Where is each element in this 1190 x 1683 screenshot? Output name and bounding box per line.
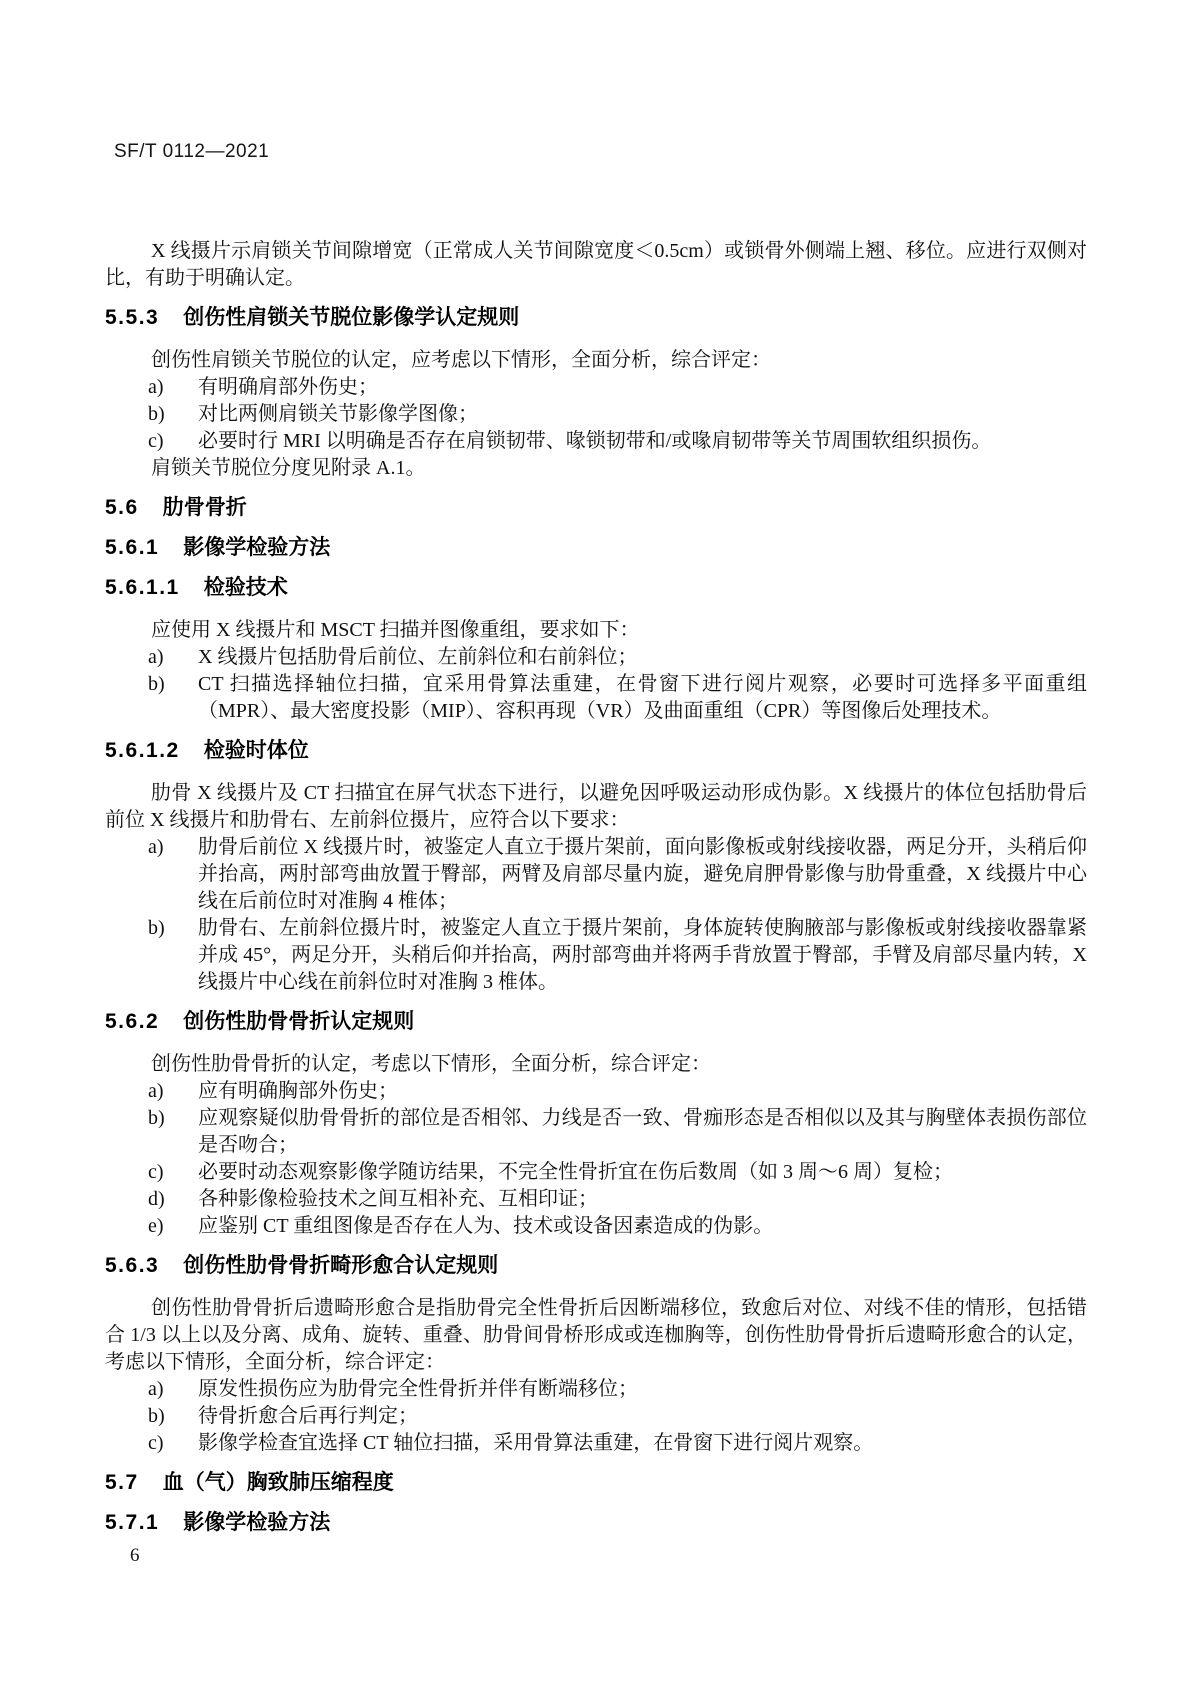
section-heading-5-6-1-1: 5.6.1.1检验技术 xyxy=(105,577,1087,599)
list-item: a)应有明确胸部外伤史； xyxy=(105,1078,1087,1105)
heading-number: 5.6.3 xyxy=(105,1254,159,1277)
list-marker: b) xyxy=(148,1105,165,1132)
heading-title: 创伤性肋骨骨折畸形愈合认定规则 xyxy=(183,1254,498,1277)
lettered-list: a)肋骨后前位 X 线摄片时，被鉴定人直立于摄片架前，面向影像板或射线接收器，两… xyxy=(105,834,1087,996)
heading-number: 5.6 xyxy=(105,496,139,519)
intro-paragraph: X 线摄片示肩锁关节间隙增宽（正常成人关节间隙宽度＜0.5cm）或锁骨外侧端上翘… xyxy=(105,238,1087,292)
list-item-text: 应有明确胸部外伤史； xyxy=(198,1080,398,1102)
lettered-list: a)有明确肩部外伤史； b)对比两侧肩锁关节影像学图像； c)必要时行 MRI … xyxy=(105,374,1087,455)
list-marker: a) xyxy=(148,644,164,671)
list-item-text: 必要时动态观察影像学随访结果，不完全性骨折宜在伤后数周（如 3 周～6 周）复检… xyxy=(198,1161,953,1183)
list-item-text: 影像学检查宜选择 CT 轴位扫描，采用骨算法重建，在骨窗下进行阅片观察。 xyxy=(198,1432,873,1454)
list-item-text: 待骨折愈合后再行判定； xyxy=(198,1405,418,1427)
list-marker: b) xyxy=(148,671,165,698)
list-marker: a) xyxy=(148,1078,164,1105)
heading-number: 5.6.1 xyxy=(105,536,159,559)
list-item: c)必要时行 MRI 以明确是否存在肩锁韧带、喙锁韧带和/或喙肩韧带等关节周围软… xyxy=(105,428,1087,455)
page-number: 6 xyxy=(130,1545,140,1567)
list-item-text: 肋骨后前位 X 线摄片时，被鉴定人直立于摄片架前，面向影像板或射线接收器，两足分… xyxy=(198,836,1087,912)
list-marker: e) xyxy=(148,1213,164,1240)
list-item: b)CT 扫描选择轴位扫描，宜采用骨算法重建，在骨窗下进行阅片观察，必要时可选择… xyxy=(105,671,1087,725)
heading-title: 血（气）胸致肺压缩程度 xyxy=(163,1471,394,1494)
section-heading-5-6-3: 5.6.3创伤性肋骨骨折畸形愈合认定规则 xyxy=(105,1255,1087,1277)
paragraph: 肋骨 X 线摄片及 CT 扫描宜在屏气状态下进行，以避免因呼吸运动形成伪影。X … xyxy=(105,780,1087,834)
list-marker: b) xyxy=(148,1403,165,1430)
standard-code-header: SF/T 0112—2021 xyxy=(114,141,269,163)
list-marker: a) xyxy=(148,834,164,861)
list-marker: c) xyxy=(148,428,164,455)
heading-title: 影像学检验方法 xyxy=(183,1511,330,1534)
section-heading-5-7: 5.7血（气）胸致肺压缩程度 xyxy=(105,1472,1087,1494)
lettered-list: a)原发性损伤应为肋骨完全性骨折并伴有断端移位； b)待骨折愈合后再行判定； c… xyxy=(105,1376,1087,1457)
paragraph: 创伤性肩锁关节脱位的认定，应考虑以下情形，全面分析，综合评定： xyxy=(105,347,1087,374)
section-heading-5-6-1-2: 5.6.1.2检验时体位 xyxy=(105,740,1087,762)
heading-number: 5.6.2 xyxy=(105,1010,159,1033)
list-item: b)对比两侧肩锁关节影像学图像； xyxy=(105,401,1087,428)
section-heading-5-5-3: 5.5.3创伤性肩锁关节脱位影像学认定规则 xyxy=(105,307,1087,329)
list-item-text: 各种影像检验技术之间互相补充、互相印证； xyxy=(198,1188,598,1210)
heading-number: 5.7.1 xyxy=(105,1511,159,1534)
section-heading-5-6: 5.6肋骨骨折 xyxy=(105,497,1087,519)
heading-title: 创伤性肩锁关节脱位影像学认定规则 xyxy=(183,306,519,329)
heading-title: 检验时体位 xyxy=(204,739,309,762)
heading-title: 创伤性肋骨骨折认定规则 xyxy=(183,1010,414,1033)
list-item-text: 肋骨右、左前斜位摄片时，被鉴定人直立于摄片架前，身体旋转使胸腋部与影像板或射线接… xyxy=(198,917,1087,993)
list-item: a)有明确肩部外伤史； xyxy=(105,374,1087,401)
list-item: c)影像学检查宜选择 CT 轴位扫描，采用骨算法重建，在骨窗下进行阅片观察。 xyxy=(105,1430,1087,1457)
list-item: a)原发性损伤应为肋骨完全性骨折并伴有断端移位； xyxy=(105,1376,1087,1403)
heading-number: 5.7 xyxy=(105,1471,139,1494)
paragraph: 肩锁关节脱位分度见附录 A.1。 xyxy=(105,455,1087,482)
list-item-text: 应观察疑似肋骨骨折的部位是否相邻、力线是否一致、骨痂形态是否相似以及其与胸壁体表… xyxy=(198,1107,1087,1156)
list-marker: a) xyxy=(148,1376,164,1403)
list-item: e)应鉴别 CT 重组图像是否存在人为、技术或设备因素造成的伪影。 xyxy=(105,1213,1087,1240)
list-item: a)X 线摄片包括肋骨后前位、左前斜位和右前斜位； xyxy=(105,644,1087,671)
list-item: b)应观察疑似肋骨骨折的部位是否相邻、力线是否一致、骨痂形态是否相似以及其与胸壁… xyxy=(105,1105,1087,1159)
section-heading-5-6-2: 5.6.2创伤性肋骨骨折认定规则 xyxy=(105,1011,1087,1033)
section-heading-5-7-1: 5.7.1影像学检验方法 xyxy=(105,1512,1087,1534)
heading-number: 5.6.1.1 xyxy=(105,576,180,599)
list-marker: a) xyxy=(148,374,164,401)
lettered-list: a)X 线摄片包括肋骨后前位、左前斜位和右前斜位； b)CT 扫描选择轴位扫描，… xyxy=(105,644,1087,725)
list-item-text: CT 扫描选择轴位扫描，宜采用骨算法重建，在骨窗下进行阅片观察，必要时可选择多平… xyxy=(198,673,1087,722)
heading-title: 肋骨骨折 xyxy=(163,496,247,519)
list-item-text: 应鉴别 CT 重组图像是否存在人为、技术或设备因素造成的伪影。 xyxy=(198,1215,773,1237)
list-item-text: 原发性损伤应为肋骨完全性骨折并伴有断端移位； xyxy=(198,1378,638,1400)
heading-title: 影像学检验方法 xyxy=(183,536,330,559)
list-item: d)各种影像检验技术之间互相补充、互相印证； xyxy=(105,1186,1087,1213)
list-item-text: 对比两侧肩锁关节影像学图像； xyxy=(198,403,478,425)
list-item: a)肋骨后前位 X 线摄片时，被鉴定人直立于摄片架前，面向影像板或射线接收器，两… xyxy=(105,834,1087,915)
list-marker: d) xyxy=(148,1186,165,1213)
heading-number: 5.6.1.2 xyxy=(105,739,180,762)
list-item: c)必要时动态观察影像学随访结果，不完全性骨折宜在伤后数周（如 3 周～6 周）… xyxy=(105,1159,1087,1186)
paragraph: 创伤性肋骨骨折后遗畸形愈合是指肋骨完全性骨折后因断端移位，致愈后对位、对线不佳的… xyxy=(105,1295,1087,1376)
document-page: SF/T 0112—2021 X 线摄片示肩锁关节间隙增宽（正常成人关节间隙宽度… xyxy=(0,0,1190,1683)
list-marker: c) xyxy=(148,1430,164,1457)
list-item-text: 必要时行 MRI 以明确是否存在肩锁韧带、喙锁韧带和/或喙肩韧带等关节周围软组织… xyxy=(198,430,991,452)
heading-number: 5.5.3 xyxy=(105,306,159,329)
list-marker: c) xyxy=(148,1159,164,1186)
heading-title: 检验技术 xyxy=(204,576,288,599)
lettered-list: a)应有明确胸部外伤史； b)应观察疑似肋骨骨折的部位是否相邻、力线是否一致、骨… xyxy=(105,1078,1087,1240)
list-item-text: X 线摄片包括肋骨后前位、左前斜位和右前斜位； xyxy=(198,646,637,668)
list-item-text: 有明确肩部外伤史； xyxy=(198,376,378,398)
paragraph: 创伤性肋骨骨折的认定，考虑以下情形，全面分析，综合评定： xyxy=(105,1051,1087,1078)
list-marker: b) xyxy=(148,915,165,942)
list-item: b)肋骨右、左前斜位摄片时，被鉴定人直立于摄片架前，身体旋转使胸腋部与影像板或射… xyxy=(105,915,1087,996)
document-content: X 线摄片示肩锁关节间隙增宽（正常成人关节间隙宽度＜0.5cm）或锁骨外侧端上翘… xyxy=(105,238,1087,1552)
section-heading-5-6-1: 5.6.1影像学检验方法 xyxy=(105,537,1087,559)
list-marker: b) xyxy=(148,401,165,428)
paragraph: 应使用 X 线摄片和 MSCT 扫描并图像重组，要求如下： xyxy=(105,617,1087,644)
list-item: b)待骨折愈合后再行判定； xyxy=(105,1403,1087,1430)
